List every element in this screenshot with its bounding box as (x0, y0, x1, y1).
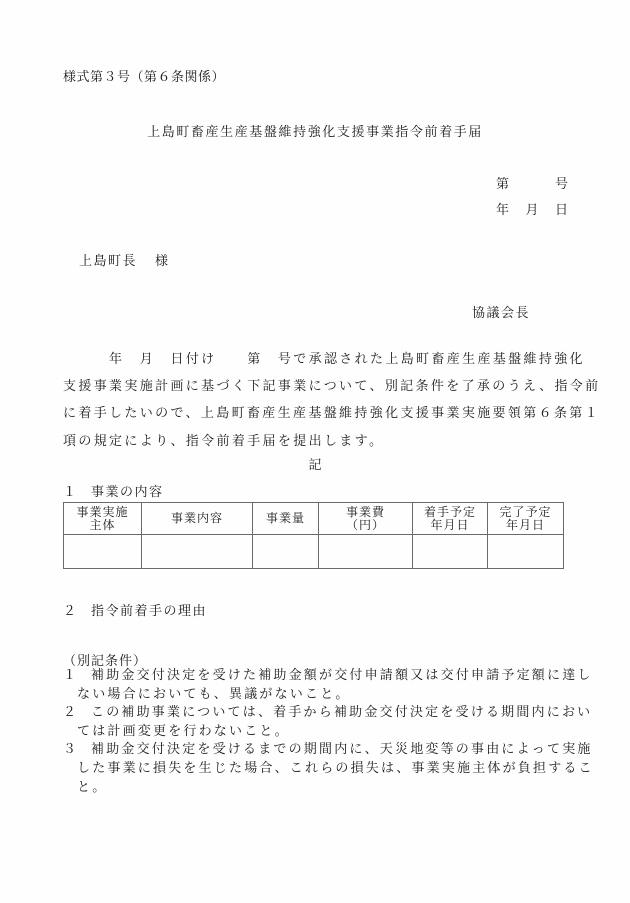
condition-text: この補助事業については、着手から補助金交付決定を受ける期間内におい (91, 705, 592, 720)
sender: 協議会長 (472, 302, 530, 321)
condition-number: ２ (63, 704, 91, 723)
header-start-date: 着手予定年月日 (413, 503, 488, 535)
date-month: 月 (525, 199, 538, 218)
cell-project-volume[interactable] (253, 535, 319, 569)
date-day: 日 (555, 199, 568, 218)
cell-project-cost[interactable] (319, 535, 413, 569)
section-1-label: 事業の内容 (91, 485, 164, 500)
header-completion-date: 完了予定年月日 (488, 503, 564, 535)
cell-start-date[interactable] (413, 535, 488, 569)
body-paragraph: 年 月 日付け 第 号で承認された上島町畜産生産基盤維持強化 支援事業実施計画に… (63, 346, 573, 455)
body-line: 項の規定により、指令前着手届を提出します。 (63, 428, 573, 455)
addressee: 上島町長様 (79, 250, 170, 269)
header-project-cost: 事業費（円） (319, 503, 413, 535)
condition-item: ３補助金交付決定を受けるまでの期間内に、天災地変等の事由によって実施 した事業に… (63, 741, 578, 797)
condition-item: ２この補助事業については、着手から補助金交付決定を受ける期間内におい ては計画変… (63, 704, 578, 741)
document-date: 年 月 日 (496, 199, 568, 218)
addressee-name: 上島町長 (79, 254, 137, 269)
condition-text: ない場合においても、異議がないこと。 (63, 686, 578, 705)
section-2-heading: ２指令前着手の理由 (63, 600, 207, 619)
document-title: 上島町畜産生産基盤維持強化支援事業指令前着手届 (0, 121, 630, 140)
date-year: 年 (496, 199, 509, 218)
document-number: 第 号 (496, 173, 568, 192)
project-content-table: 事業実施主体 事業内容 事業量 事業費（円） 着手予定年月日 完了予定年月日 (63, 502, 564, 569)
table-row (64, 535, 564, 569)
section-2-number: ２ (63, 600, 91, 619)
body-line: 年 月 日付け 第 号で承認された上島町畜産生産基盤維持強化 (63, 346, 573, 373)
condition-text: 補助金交付決定を受けた補助金額が交付申請額又は交付申請予定額に達し (91, 668, 593, 683)
condition-item: １補助金交付決定を受けた補助金額が交付申請額又は交付申請予定額に達し ない場合に… (63, 667, 578, 704)
section-1-heading: １事業の内容 (63, 481, 164, 500)
body-line: に着手したいので、上島町畜産生産基盤維持強化支援事業実施要領第６条第１ (63, 400, 573, 427)
addressee-honorific: 様 (155, 254, 170, 269)
document-number-suffix: 号 (555, 173, 568, 192)
condition-text: した事業に損失を生じた場合、これらの損失は、事業実施主体が負担するこ (63, 760, 578, 779)
condition-text: ては計画変更を行わないこと。 (63, 723, 578, 742)
document-number-prefix: 第 (496, 173, 509, 192)
table-header-row: 事業実施主体 事業内容 事業量 事業費（円） 着手予定年月日 完了予定年月日 (64, 503, 564, 535)
header-project-volume: 事業量 (253, 503, 319, 535)
condition-text: と。 (63, 779, 578, 798)
ki-heading: 記 (0, 454, 630, 473)
cell-implementing-entity[interactable] (64, 535, 142, 569)
condition-number: １ (63, 667, 91, 686)
cell-completion-date[interactable] (488, 535, 564, 569)
form-number: 様式第３号（第６条関係） (63, 66, 225, 85)
section-2-label: 指令前着手の理由 (91, 604, 207, 619)
header-implementing-entity: 事業実施主体 (64, 503, 142, 535)
section-1-number: １ (63, 481, 91, 500)
cell-project-content[interactable] (142, 535, 253, 569)
condition-text: 補助金交付決定を受けるまでの期間内に、天災地変等の事由によって実施 (91, 742, 593, 757)
condition-number: ３ (63, 741, 91, 760)
body-line: 支援事業実施計画に基づく下記事業について、別記条件を了承のうえ、指令前 (63, 373, 573, 400)
header-project-content: 事業内容 (142, 503, 253, 535)
conditions-list: １補助金交付決定を受けた補助金額が交付申請額又は交付申請予定額に達し ない場合に… (63, 667, 578, 797)
